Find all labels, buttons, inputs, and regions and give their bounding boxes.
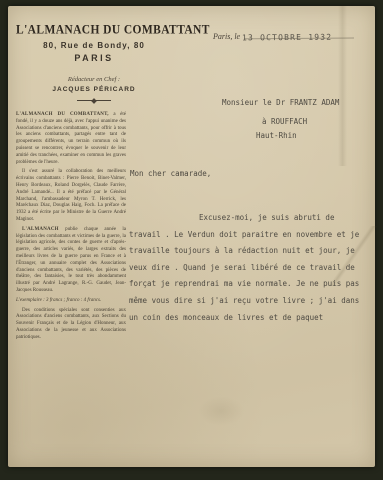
paper-sheet: L'ALMANACH DU COMBATTANT 80, Rue de Bond… — [8, 6, 375, 467]
letter-line: veux dire . Quand je serai libéré de ce … — [129, 263, 373, 280]
letterhead-address: 80, Rue de Bondy, 80 — [16, 41, 172, 50]
letter-body: Excusez-moi, je suis abruti de travail .… — [129, 213, 373, 329]
dateline-place-label: Paris, le — [213, 32, 240, 41]
paper-stain — [198, 396, 244, 426]
letter-line: travail . Le Verdun doit paraitre en nov… — [129, 230, 373, 247]
blurb-paragraph-3: L'ALMANACH publie chaque année la législ… — [16, 227, 126, 295]
date-stamp: 13 OCTOBRE 1932 — [242, 33, 332, 43]
paper-crease — [338, 6, 347, 166]
editor-label: Rédacteur en Chef : — [16, 76, 172, 83]
letter-line: Excusez-moi, je suis abruti de — [129, 213, 373, 230]
blurb-paragraph-1: L'ALMANACH DU COMBATTANT, a été fondé, i… — [16, 112, 126, 166]
letter-line: un coin des monceaux de livres et de paq… — [129, 313, 373, 330]
photographed-letter: { "colors": { "backdrop": "#23261b", "pa… — [0, 0, 383, 480]
recipient-line-3: Haut-Rhin — [256, 131, 297, 140]
letter-line: même vous dire si j'ai reçu votre livre … — [129, 296, 373, 313]
blurb-price-line: L'exemplaire : 3 francs ; franco : 4 fra… — [16, 298, 126, 305]
blurb-lead: L'ALMANACH — [22, 227, 59, 232]
letterhead-city: PARIS — [16, 53, 172, 63]
sidebar-blurb: L'ALMANACH DU COMBATTANT, a été fondé, i… — [16, 112, 126, 345]
letterhead-title: L'ALMANACH DU COMBATTANT — [16, 23, 172, 36]
blurb-lead: L'ALMANACH DU COMBATTANT, — [16, 112, 109, 117]
letter-line: forçat je reprendrai ma vie normale. Je … — [129, 279, 373, 296]
letterhead: L'ALMANACH DU COMBATTANT 80, Rue de Bond… — [16, 24, 172, 103]
ornament-divider-icon — [77, 98, 111, 103]
salutation: Mon cher camarade, — [130, 169, 211, 178]
editor-name: JACQUES PÉRICARD — [16, 86, 172, 93]
recipient-line-1: Monsieur le Dr FRANTZ ADAM — [222, 98, 339, 107]
recipient-line-2: à ROUFFACH — [262, 117, 307, 126]
letter-line: travaille toujours à la rédaction nuit e… — [129, 246, 373, 263]
blurb-paragraph-5: Des conditions spéciales sont consenties… — [16, 308, 126, 342]
blurb-paragraph-2: Il s'est assuré la collaboration des mei… — [16, 169, 126, 223]
